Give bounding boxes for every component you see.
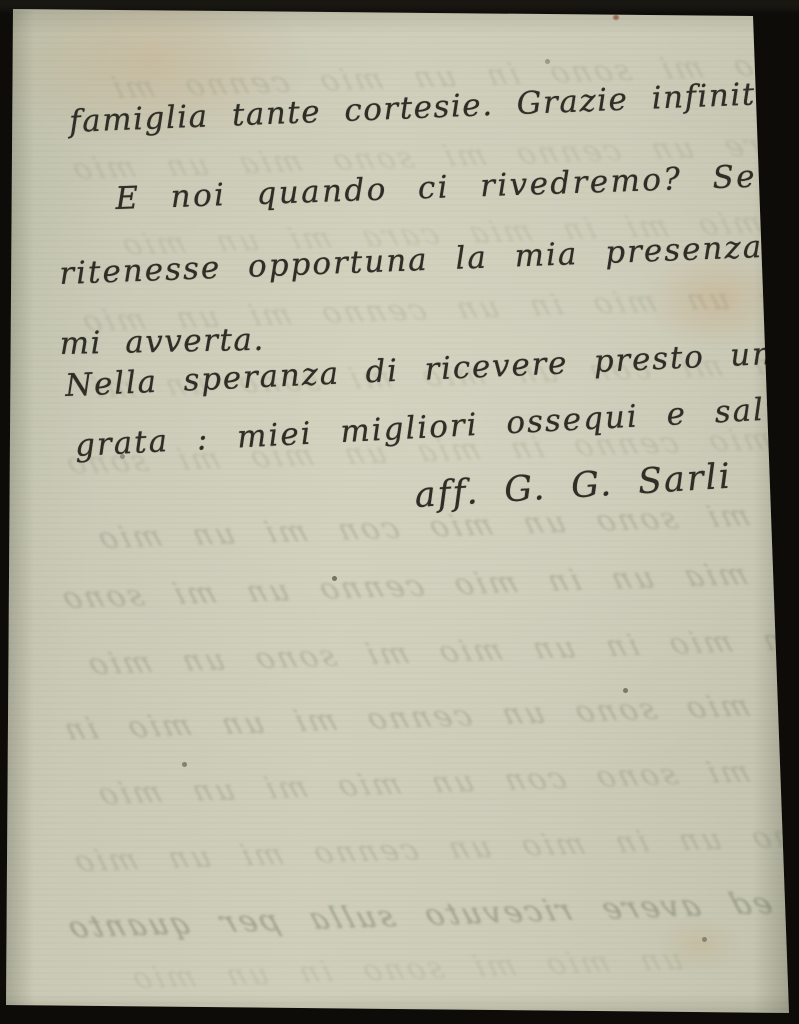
signature: aff. G. G. Sarli — [414, 457, 734, 516]
show-through-line: mi sono un in mio un cenno mi un mio — [67, 816, 799, 880]
show-through-line: un mi con mio in un mio mi sono un mio — [81, 617, 799, 682]
letter-line-6: grata : miei migliori ossequi e saluti — [74, 389, 799, 464]
show-through-line: mi sono mia un in mio cenno un mi sono — [55, 551, 799, 616]
letter-page: un mio mi sono in un mio cenno mi mi ave… — [0, 0, 799, 1024]
show-through-line: in mio un mi sono con un mio mi un mio — [91, 747, 799, 812]
show-through-line: un mio mi sono in un mio — [125, 943, 688, 997]
scan-background: un mio mi sono in un mio cenno mi mi ave… — [0, 0, 799, 1024]
letter-line-1: famiglia tante cortesie. Grazie infinite… — [69, 75, 788, 140]
ink-speck — [0, 0, 3, 3]
paper-edge-shading — [0, 0, 799, 1024]
letter-line-3: ritenesse opportuna la mia presenza cost… — [59, 224, 799, 292]
show-through-line: mi un in mio sono un cenno mi un mio in — [57, 682, 799, 748]
show-through-line: e poi ed avere ricevuto sulla per quanto — [61, 882, 799, 946]
letter-line-2: E noi quando ci rivedremo? Se Ella — [115, 155, 799, 217]
letter-line-4: mi avverta. — [59, 322, 265, 362]
red-mark — [613, 15, 619, 20]
